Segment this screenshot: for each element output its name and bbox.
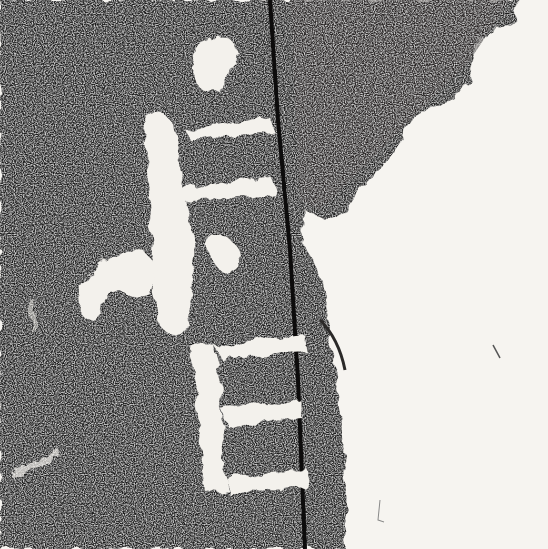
rubbing-image bbox=[0, 0, 548, 549]
ink-rubbing-artwork bbox=[0, 0, 548, 549]
